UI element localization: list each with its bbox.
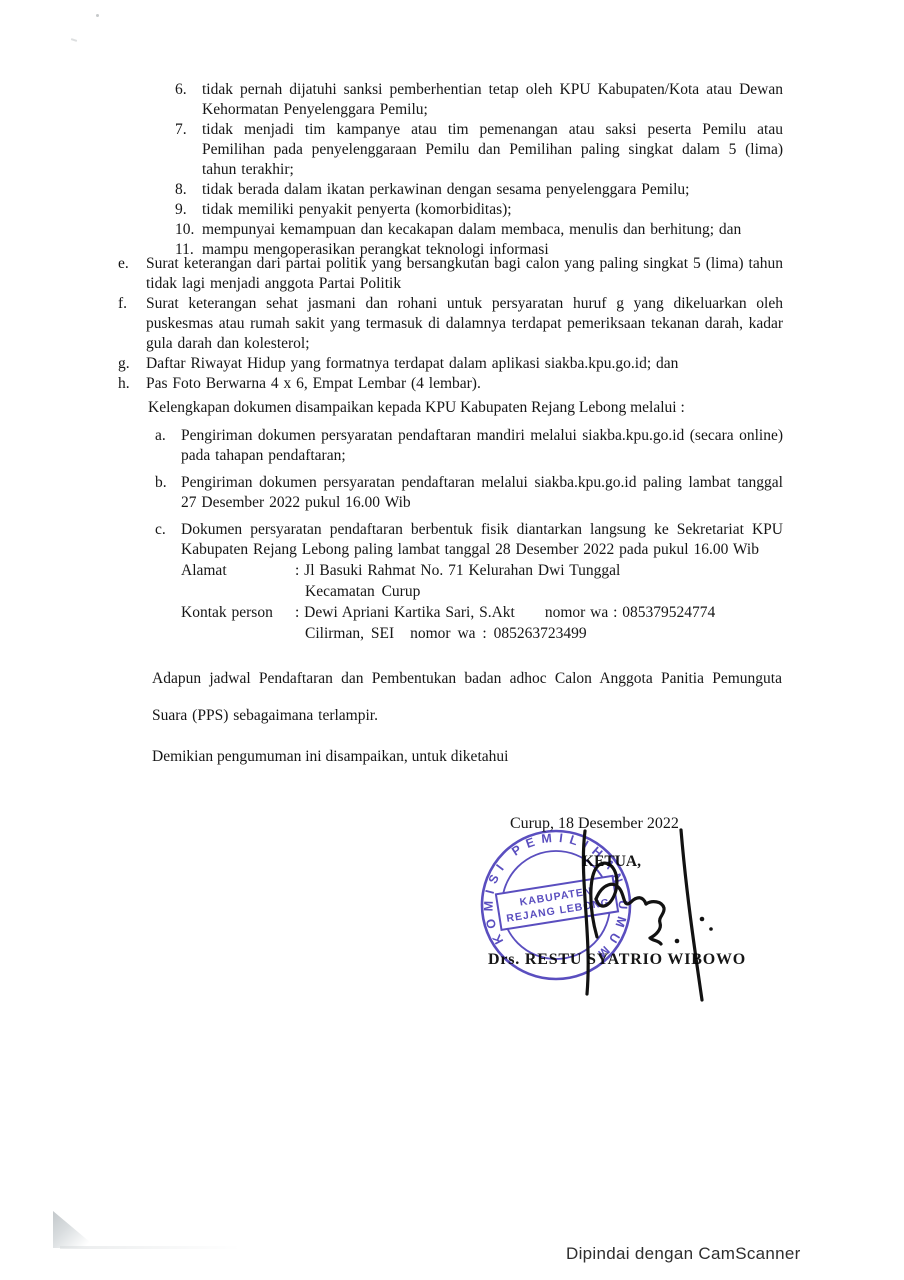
item-text: Surat keterangan dari partai politik yan… <box>146 254 783 294</box>
contact-row: Kecamatan Curup <box>181 581 783 602</box>
contact-person-value-2: Cilirman, SEInomor wa : 085263723499 <box>295 623 783 644</box>
list-item: e. Surat keterangan dari partai politik … <box>118 254 783 294</box>
item-marker: 7. <box>175 120 202 140</box>
list-item: g. Daftar Riwayat Hidup yang formatnya t… <box>118 354 783 374</box>
item-marker: f. <box>118 294 146 314</box>
contact-block: Alamat : Jl Basuki Rahmat No. 71 Kelurah… <box>181 560 783 644</box>
list-item: b. Pengiriman dokumen persyaratan pendaf… <box>155 473 783 513</box>
item-marker: 6. <box>175 80 202 100</box>
document-list: e. Surat keterangan dari partai politik … <box>118 254 783 394</box>
closing-text: Demikian pengumuman ini disampaikan, unt… <box>152 748 508 765</box>
schedule-paragraph: Adapun jadwal Pendaftaran dan Pembentuka… <box>152 660 782 734</box>
address-label: Alamat <box>181 560 295 581</box>
signature-dot <box>709 927 713 931</box>
item-text: Daftar Riwayat Hidup yang formatnya terd… <box>146 354 783 374</box>
contact-person-value: : Dewi Apriani Kartika Sari, S.Aktnomor … <box>295 602 783 623</box>
item-text: Dokumen persyaratan pendaftaran berbentu… <box>181 520 783 560</box>
item-body: Dokumen persyaratan pendaftaran berbentu… <box>181 520 783 644</box>
stamp-and-signature: KOMISI PEMILIHAN UMUM KABUPATEN REJANG L… <box>430 788 800 1018</box>
item-text: tidak memiliki penyakit penyerta (komorb… <box>202 200 783 220</box>
item-marker: 8. <box>175 180 202 200</box>
item-marker: 10. <box>175 220 202 240</box>
signature-tail <box>646 902 664 944</box>
address-value: : Jl Basuki Rahmat No. 71 Kelurahan Dwi … <box>295 560 783 581</box>
item-marker: g. <box>118 354 146 374</box>
list-item: 9. tidak memiliki penyakit penyerta (kom… <box>175 200 783 220</box>
submission-intro-text: Kelengkapan dokumen disampaikan kepada K… <box>148 399 685 416</box>
submission-list: a. Pengiriman dokumen persyaratan pendaf… <box>155 426 783 644</box>
scan-smudge <box>53 1206 97 1248</box>
scan-speck <box>71 38 77 42</box>
item-text: Pengiriman dokumen persyaratan pendaftar… <box>181 426 783 466</box>
item-text: tidak menjadi tim kampanye atau tim peme… <box>202 120 783 180</box>
requirements-list: 6. tidak pernah dijatuhi sanksi pemberhe… <box>175 80 783 260</box>
item-marker: 9. <box>175 200 202 220</box>
contact-row: Kontak person : Dewi Apriani Kartika Sar… <box>181 602 783 623</box>
contact-person-name: : Dewi Apriani Kartika Sari, S.Akt <box>295 604 515 621</box>
contact-row: Cilirman, SEInomor wa : 085263723499 <box>181 623 783 644</box>
scanner-credit: Dipindai dengan CamScanner <box>566 1244 801 1264</box>
list-item: h. Pas Foto Berwarna 4 x 6, Empat Lembar… <box>118 374 783 394</box>
list-item: 6. tidak pernah dijatuhi sanksi pemberhe… <box>175 80 783 120</box>
list-item: f. Surat keterangan sehat jasmani dan ro… <box>118 294 783 354</box>
list-item: 7. tidak menjadi tim kampanye atau tim p… <box>175 120 783 180</box>
address-value-2: Kecamatan Curup <box>295 581 783 602</box>
stamp-banner: KABUPATEN REJANG LEBONG <box>496 876 618 930</box>
item-text: Pengiriman dokumen persyaratan pendaftar… <box>181 473 783 513</box>
submission-intro: Kelengkapan dokumen disampaikan kepada K… <box>148 398 783 418</box>
item-marker: e. <box>118 254 146 274</box>
list-item: 10. mempunyai kemampuan dan kecakapan da… <box>175 220 783 240</box>
contact-person-wa-2: nomor wa : 085263723499 <box>410 625 586 642</box>
item-text: tidak pernah dijatuhi sanksi pemberhenti… <box>202 80 783 120</box>
item-text: mempunyai kemampuan dan kecakapan dalam … <box>202 220 783 240</box>
signature-stroke-right <box>681 830 702 1000</box>
closing-statement: Demikian pengumuman ini disampaikan, unt… <box>152 747 782 767</box>
item-marker: c. <box>155 520 181 540</box>
list-item: a. Pengiriman dokumen persyaratan pendaf… <box>155 426 783 466</box>
scan-smudge <box>60 1246 240 1249</box>
item-text: tidak berada dalam ikatan perkawinan den… <box>202 180 783 200</box>
scan-speck <box>96 14 99 17</box>
scanned-document-page: 6. tidak pernah dijatuhi sanksi pemberhe… <box>0 0 904 1280</box>
item-text: Surat keterangan sehat jasmani dan rohan… <box>146 294 783 354</box>
contact-row: Alamat : Jl Basuki Rahmat No. 71 Kelurah… <box>181 560 783 581</box>
list-item: c. Dokumen persyaratan pendaftaran berbe… <box>155 520 783 644</box>
contact-person-name-2: Cilirman, SEI <box>305 625 394 642</box>
signature-dot <box>675 939 680 944</box>
contact-person-wa: nomor wa : 085379524774 <box>545 604 715 621</box>
signature-dot <box>700 917 705 922</box>
item-text: Pas Foto Berwarna 4 x 6, Empat Lembar (4… <box>146 374 783 394</box>
item-marker: h. <box>118 374 146 394</box>
contact-person-label: Kontak person <box>181 602 295 623</box>
list-item: 8. tidak berada dalam ikatan perkawinan … <box>175 180 783 200</box>
item-marker: b. <box>155 473 181 493</box>
schedule-text: Adapun jadwal Pendaftaran dan Pembentuka… <box>152 670 782 724</box>
item-marker: a. <box>155 426 181 446</box>
